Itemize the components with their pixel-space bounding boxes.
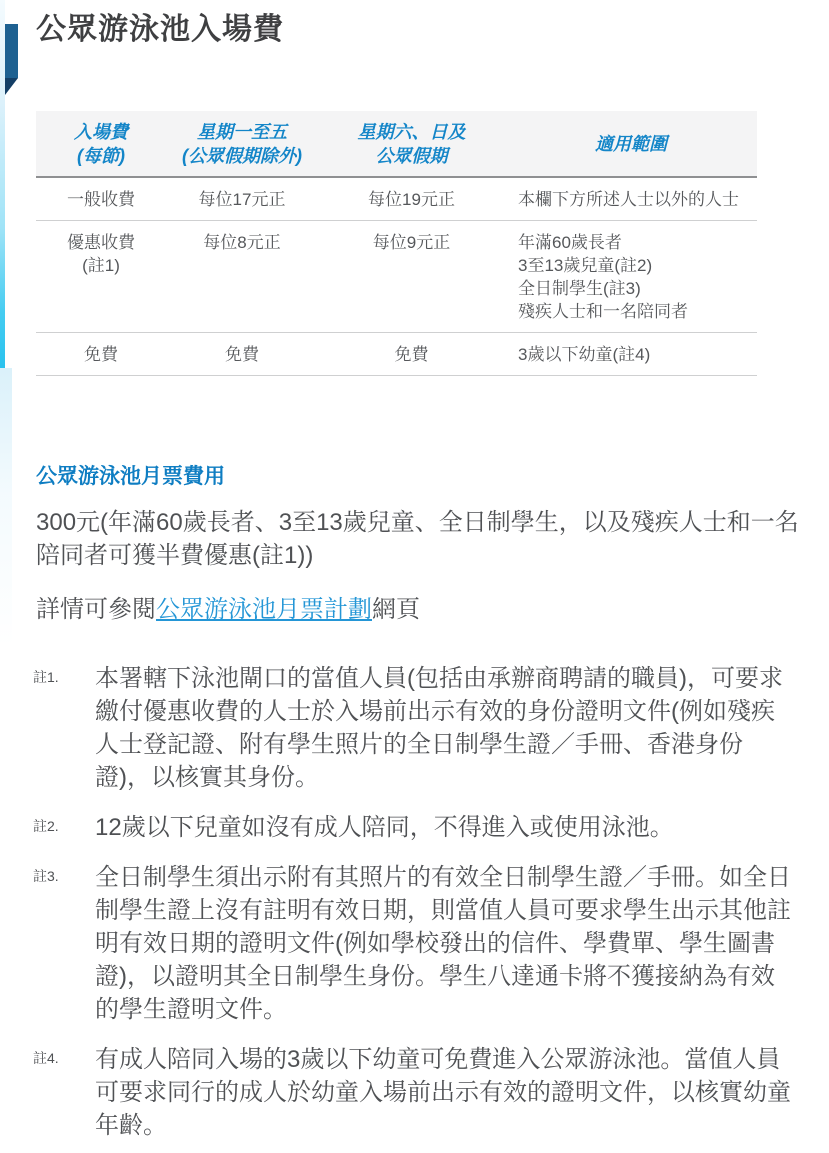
left-gradient-strip-tail bbox=[0, 368, 12, 646]
note-text: 本署轄下泳池閘口的當值人員(包括由承辦商聘請的職員)，可要求繳付優惠收費的人士於… bbox=[95, 662, 798, 794]
header-applicable-scope: 適用範圍 bbox=[505, 111, 757, 177]
table-row: 一般收費 每位17元正 每位19元正 本欄下方所述人士以外的人士 bbox=[36, 177, 757, 221]
cell-scope: 本欄下方所述人士以外的人士 bbox=[505, 177, 757, 221]
note-label: 註4. bbox=[33, 1043, 95, 1142]
cell-weekend-fee: 免費 bbox=[318, 333, 505, 376]
note-text: 有成人陪同入場的3歲以下幼童可免費進入公眾游泳池。當值人員可要求同行的成人於幼童… bbox=[95, 1043, 798, 1142]
cell-weekday-fee: 每位8元正 bbox=[166, 221, 318, 333]
monthly-ticket-price-text: 300元(年滿60歲長者、3至13歲兒童、全日制學生，以及殘疾人士和一名陪同者可… bbox=[36, 506, 814, 572]
cell-fee-type: 優惠收費 (註1) bbox=[36, 221, 166, 333]
note-item: 註1. 本署轄下泳池閘口的當值人員(包括由承辦商聘請的職員)，可要求繳付優惠收費… bbox=[33, 662, 814, 794]
detail-suffix-text: 網頁 bbox=[372, 596, 420, 623]
cell-fee-type: 一般收費 bbox=[36, 177, 166, 221]
bookmark-ribbon-icon bbox=[5, 24, 18, 78]
table-row: 優惠收費 (註1) 每位8元正 每位9元正 年滿60歲長者 3至13歲兒童(註2… bbox=[36, 221, 757, 333]
note-item: 註2. 12歲以下兒童如沒有成人陪同，不得進入或使用泳池。 bbox=[33, 811, 814, 844]
table-header-row: 入場費 (每節) 星期一至五 (公眾假期除外) 星期六、日及 公眾假期 適用範圍 bbox=[36, 111, 757, 177]
monthly-ticket-scheme-link[interactable]: 公眾游泳池月票計劃 bbox=[156, 596, 372, 623]
note-label: 註2. bbox=[33, 811, 95, 844]
note-text: 12歲以下兒童如沒有成人陪同，不得進入或使用泳池。 bbox=[95, 811, 798, 844]
cell-scope: 3歲以下幼童(註4) bbox=[505, 333, 757, 376]
admission-fees-table: 入場費 (每節) 星期一至五 (公眾假期除外) 星期六、日及 公眾假期 適用範圍… bbox=[36, 111, 757, 376]
cell-fee-type: 免費 bbox=[36, 333, 166, 376]
table-row: 免費 免費 免費 3歲以下幼童(註4) bbox=[36, 333, 757, 376]
note-label: 註3. bbox=[33, 861, 95, 1026]
note-item: 註4. 有成人陪同入場的3歲以下幼童可免費進入公眾游泳池。當值人員可要求同行的成… bbox=[33, 1043, 814, 1142]
monthly-detail-line: 詳情可參閱公眾游泳池月票計劃網頁 bbox=[36, 593, 814, 626]
header-mon-to-fri: 星期一至五 (公眾假期除外) bbox=[166, 111, 318, 177]
cell-weekend-fee: 每位19元正 bbox=[318, 177, 505, 221]
main-content: 公眾游泳池入場費 入場費 (每節) 星期一至五 (公眾假期除外) 星期六、日及 … bbox=[36, 0, 814, 1153]
notes-section: 註1. 本署轄下泳池閘口的當值人員(包括由承辦商聘請的職員)，可要求繳付優惠收費… bbox=[33, 662, 814, 1142]
cell-weekend-fee: 每位9元正 bbox=[318, 221, 505, 333]
cell-weekday-fee: 免費 bbox=[166, 333, 318, 376]
header-fee-per-session: 入場費 (每節) bbox=[36, 111, 166, 177]
page-title: 公眾游泳池入場費 bbox=[36, 12, 814, 48]
note-text: 全日制學生須出示附有其照片的有效全日制學生證／手冊。如全日制學生證上沒有註明有效… bbox=[95, 861, 798, 1026]
detail-prefix-text: 詳情可參閱 bbox=[36, 596, 156, 623]
cell-scope: 年滿60歲長者 3至13歲兒童(註2) 全日制學生(註3) 殘疾人士和一名陪同者 bbox=[505, 221, 757, 333]
cell-weekday-fee: 每位17元正 bbox=[166, 177, 318, 221]
monthly-ticket-heading: 公眾游泳池月票費用 bbox=[36, 464, 814, 490]
note-item: 註3. 全日制學生須出示附有其照片的有效全日制學生證／手冊。如全日制學生證上沒有… bbox=[33, 861, 814, 1026]
header-sat-sun-holiday: 星期六、日及 公眾假期 bbox=[318, 111, 505, 177]
note-label: 註1. bbox=[33, 662, 95, 794]
